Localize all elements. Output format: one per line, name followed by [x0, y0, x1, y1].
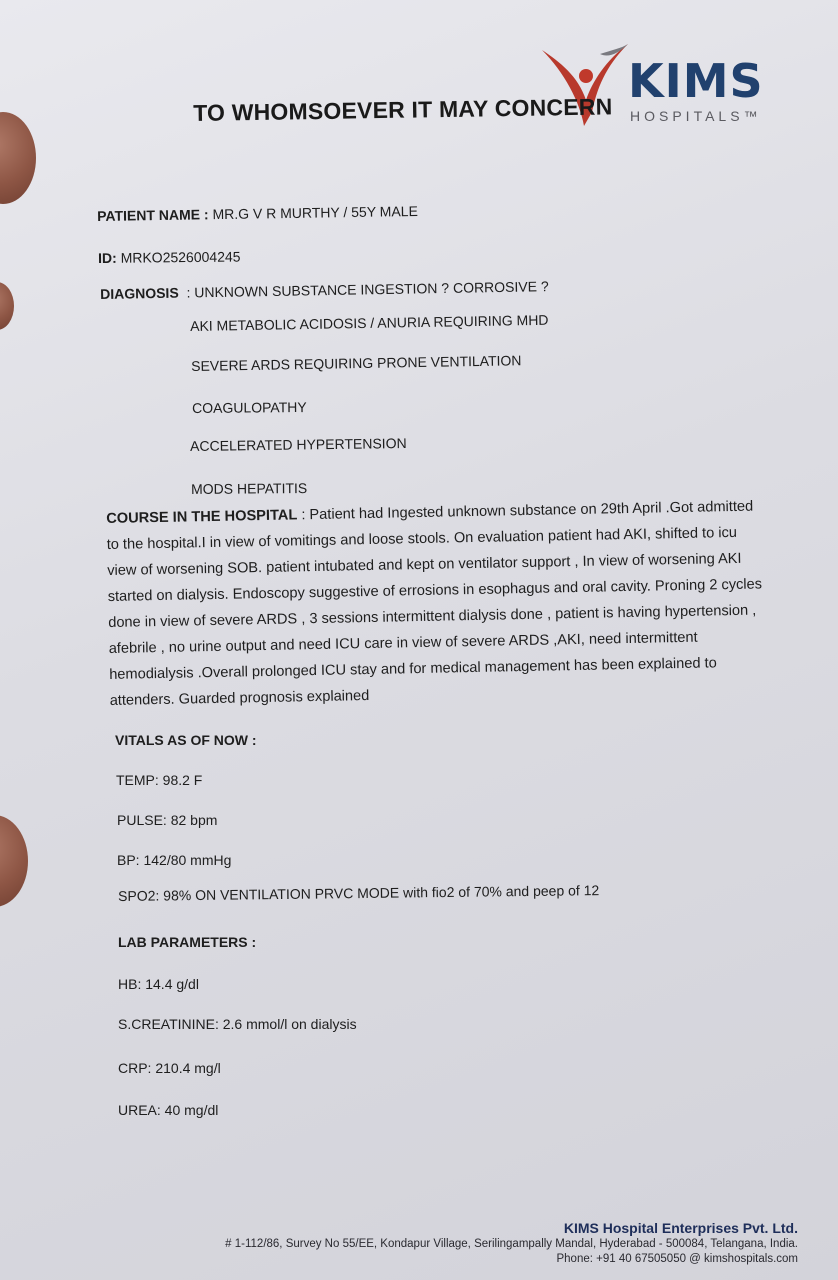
patient-name-label: PATIENT NAME :	[97, 206, 209, 224]
labs-heading: LAB PARAMETERS :	[118, 934, 256, 950]
finger-top	[0, 112, 36, 204]
diagnosis-item: AKI METABOLIC ACIDOSIS / ANURIA REQUIRIN…	[190, 312, 549, 334]
vital-temp: TEMP: 98.2 F	[116, 772, 202, 788]
lab-hb: HB: 14.4 g/dl	[118, 976, 199, 992]
diagnosis-label: DIAGNOSIS	[100, 285, 179, 302]
vital-pulse: PULSE: 82 bpm	[117, 812, 217, 828]
company-address: # 1-112/86, Survey No 55/EE, Kondapur Vi…	[225, 1238, 798, 1250]
vital-bp: BP: 142/80 mmHg	[117, 852, 231, 868]
finger-middle	[0, 282, 14, 330]
patient-id-row: ID: MRKO2526004245	[98, 249, 241, 266]
company-contact: Phone: +91 40 67505050 @ kimshospitals.c…	[225, 1253, 798, 1265]
patient-name-row: PATIENT NAME : MR.G V R MURTHY / 55Y MAL…	[97, 203, 418, 224]
diagnosis-item: MODS HEPATITIS	[191, 480, 307, 497]
company-name: KIMS Hospital Enterprises Pvt. Ltd.	[225, 1220, 798, 1236]
vital-spo2: SPO2: 98% ON VENTILATION PRVC MODE with …	[118, 882, 599, 904]
diagnosis-item: COAGULOPATHY	[192, 399, 307, 416]
course-in-hospital: COURSE IN THE HOSPITAL : Patient had Ing…	[106, 493, 770, 714]
diagnosis-item: ACCELERATED HYPERTENSION	[190, 435, 407, 454]
lab-crp: CRP: 210.4 mg/l	[118, 1060, 221, 1076]
patient-name-value: MR.G V R MURTHY / 55Y MALE	[212, 203, 418, 222]
vitals-heading: VITALS AS OF NOW :	[115, 732, 257, 748]
course-label: COURSE IN THE HOSPITAL	[106, 507, 297, 527]
patient-id-label: ID:	[98, 250, 117, 266]
diagnosis-item: : UNKNOWN SUBSTANCE INGESTION ? CORROSIV…	[186, 278, 548, 300]
lab-creatinine: S.CREATININE: 2.6 mmol/l on dialysis	[118, 1016, 357, 1032]
patient-id-value: MRKO2526004245	[121, 249, 241, 266]
logo-kims-text: KIMS	[628, 54, 764, 108]
course-text: : Patient had Ingested unknown substance…	[107, 499, 763, 709]
letterhead-footer: KIMS Hospital Enterprises Pvt. Ltd. # 1-…	[225, 1220, 798, 1265]
finger-bottom	[0, 815, 28, 907]
lab-urea: UREA: 40 mg/dl	[118, 1102, 218, 1118]
diagnosis-row: DIAGNOSIS : UNKNOWN SUBSTANCE INGESTION …	[100, 278, 549, 302]
diagnosis-item: SEVERE ARDS REQUIRING PRONE VENTILATION	[191, 352, 522, 374]
logo-hospitals-text: HOSPITALS™	[630, 108, 762, 124]
